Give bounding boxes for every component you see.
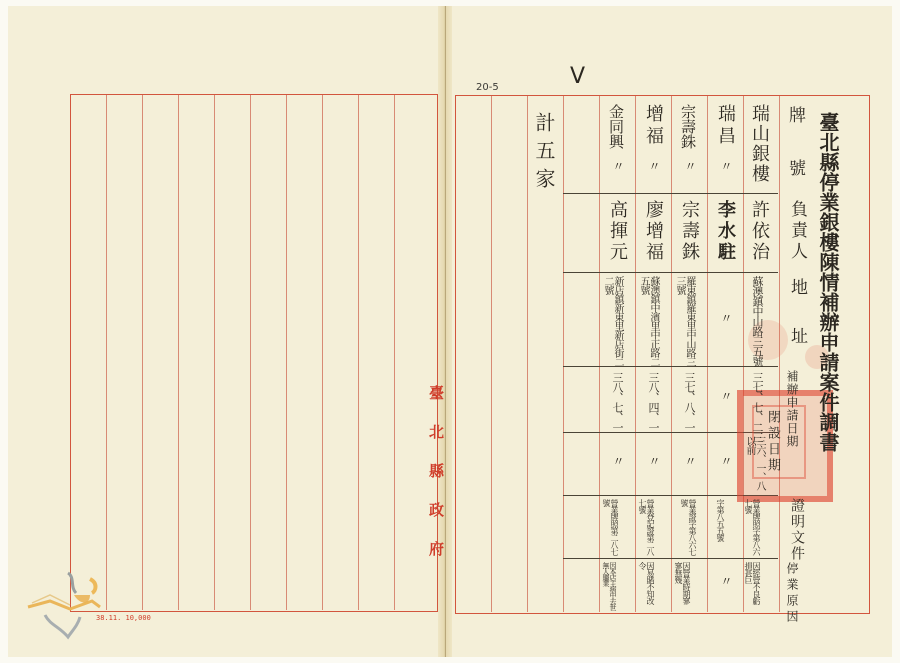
library-logo-icon [20,565,115,645]
column-rule [394,95,395,610]
left-page-frame [70,94,438,612]
row3-apply-date: 三七、八、一 [684,372,695,432]
row5-shop: 金同興 [608,104,623,149]
header-evidence: 證明文件 [790,498,804,562]
row5-reason: 因本店主病中去世無人繼業 [602,562,616,610]
column-rule [635,96,636,612]
row1-close-date: 三六、一、八以前 [744,436,764,494]
column-rule [106,95,107,610]
issuer-label: 臺北縣政府 [428,385,443,580]
row2-owner: 李水駐 [716,200,734,263]
column-rule [250,95,251,610]
row3-owner: 宗壽銖 [680,200,698,263]
row4-shop: 增福 [644,104,662,148]
binding-line [445,6,446,657]
row-rule [563,558,778,559]
column-rule [563,96,564,612]
row3-reason: 因營業時期寥寥無幾 [674,562,690,610]
row3-shop-ditto: 〃 [684,160,696,172]
row1-apply-date: 三七、七、二三 [752,372,763,442]
column-rule [599,96,600,612]
row2-shop-ditto: 〃 [720,160,732,172]
column-rule [707,96,708,612]
row1-address: 蘇澳鎮中山路三五號 [752,276,763,366]
header-reason: 停業原因 [786,562,798,626]
row1-owner: 許依治 [750,200,768,263]
row5-owner: 高揮元 [608,200,626,263]
column-rule [491,96,492,612]
row2-shop: 瑞昌 [716,104,734,148]
row3-shop: 宗壽銖 [680,104,695,149]
row3-close-date: 〃 [684,455,696,467]
row5-apply-date: 三八、七、一 [612,372,623,432]
row1-shop: 瑞山銀樓 [750,104,768,184]
header-address: 地址 [788,278,805,376]
header-close-date: 閉設日期 [766,410,779,474]
row-rule [563,272,778,273]
header-shop-name: 牌號 [786,106,803,212]
column-rule [671,96,672,612]
row-rule [563,193,778,194]
row4-owner: 廖增福 [644,200,662,263]
row3-address: 羅東鎮羅東里中山路三三號 [674,276,694,366]
row5-close-date: 〃 [612,455,624,467]
row5-address: 新店鎮新東里新店街二二號 [602,276,622,366]
row-rule [563,366,778,367]
column-rule [214,95,215,610]
row3-evidence: 營業證字第八六七號 [680,499,696,557]
row1-evidence: 營業牌照字第八六七號 [744,499,760,557]
row5-evidence: 營業牌照第二八七號 [602,499,618,557]
row4-shop-ditto: 〃 [648,160,660,172]
row2-apply-date: 〃 [720,390,732,402]
row5-shop-ditto: 〃 [612,160,624,172]
column-rule [178,95,179,610]
total-count: 計五家 [534,112,554,196]
row1-reason: 因經營不良虧損甚巨 [744,562,760,610]
header-owner: 負責人 [788,200,805,263]
column-rule [358,95,359,610]
row4-close-date: 〃 [648,455,660,467]
row2-reason: 〃 [720,575,732,587]
row2-address: 〃 [720,312,732,324]
row2-close-date: 〃 [720,455,732,467]
row2-evidence: 字第八五五號 [716,499,724,541]
row4-evidence: 營業登記證第二八七號 [638,499,654,557]
header-apply-date: 補辦申請日期 [786,370,798,448]
column-rule [322,95,323,610]
document-title: 臺北縣停業銀樓陳情補辦申請案件調書 [818,112,838,452]
check-mark: V [570,64,585,89]
row4-reason: 因易賭不知改令 [638,562,654,610]
row4-apply-date: 三八、四、一 [648,372,659,432]
archive-mark: 20-5 [476,82,499,93]
column-rule [286,95,287,610]
column-rule [142,95,143,610]
column-rule [527,96,528,612]
row4-address: 蘇澳鎮中濱里中正路二五號 [638,276,658,366]
